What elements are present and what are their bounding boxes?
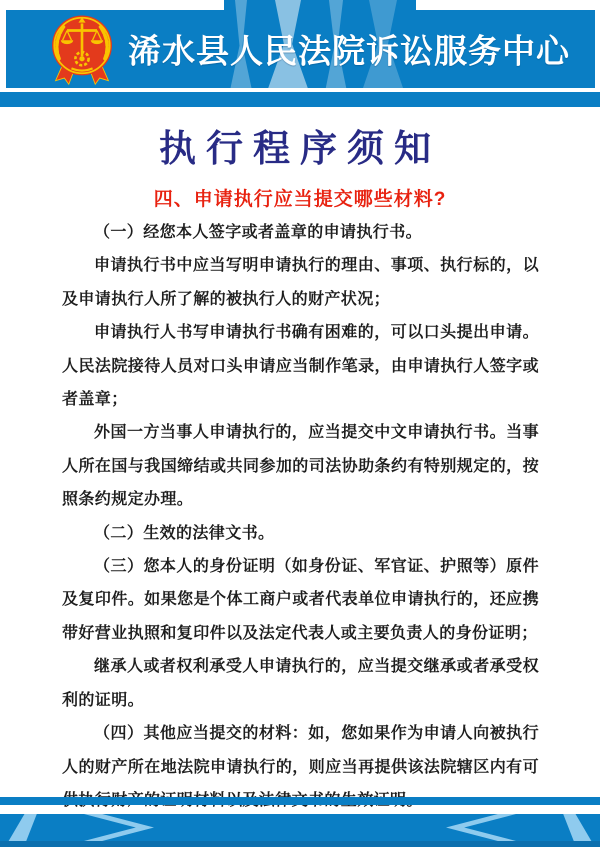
notice-paragraph: 外国一方当事人申请执行的，应当提交中文申请执行书。当事人所在国与我国缔结或共同参… [62,416,539,516]
header-content: 浠水县人民法院诉讼服务中心 [0,10,600,88]
notice-title: 执行程序须知 [0,118,600,172]
header-sub-band [0,92,600,107]
footer-band [0,814,600,847]
notice-paragraph: 申请执行人书写申请执行书确有困难的，可以口头提出申请。人民法院接待人员对口头申请… [62,316,539,416]
chevron-icon [6,814,50,841]
chevron-icon [84,814,154,841]
footer-stripe [0,797,600,805]
notice-paragraph: 申请执行书中应当写明申请执行的理由、事项、执行标的，以及申请执行人所了解的被执行… [62,249,539,316]
header-title: 浠水县人民法院诉讼服务中心 [128,26,570,73]
chevron-icon [550,814,594,841]
chevron-icon [446,814,516,841]
notice-paragraph: （三）您本人的身份证明（如身份证、军官证、护照等）原件及复印件。如果您是个体工商… [62,550,539,650]
notice-paragraph: （一）经您本人签字或者盖章的申请执行书。 [62,216,539,249]
header-zone: 浠水县人民法院诉讼服务中心 [0,0,600,88]
notice-paragraph: （二）生效的法律文书。 [62,517,539,550]
footer-chevrons-right [434,814,594,841]
notice-paragraph: 继承人或者权利承受人申请执行的，应当提交继承或者承受权利的证明。 [62,650,539,717]
notice-subtitle: 四、申请执行应当提交哪些材料? [0,184,600,211]
footer-chevrons-left [6,814,166,841]
notice-body: （一）经您本人签字或者盖章的申请执行书。 申请执行书中应当写明申请执行的理由、事… [62,216,539,817]
court-emblem-icon [46,12,118,86]
